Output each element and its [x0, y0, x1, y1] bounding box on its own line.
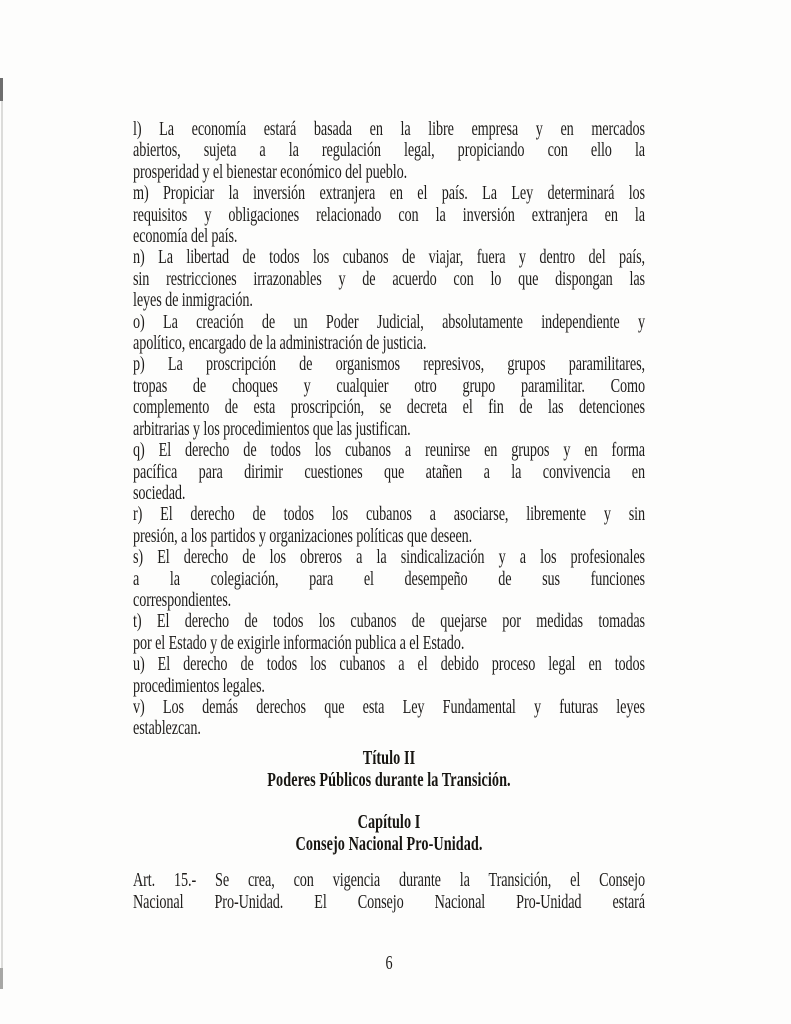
spacer [133, 791, 645, 812]
spacer [133, 855, 645, 870]
text-line: arbitrarias y los procedimientos que las… [133, 419, 645, 440]
text-line: presión, a los partidos y organizaciones… [133, 526, 645, 547]
text-line: r) El derecho de todos los cubanos a aso… [133, 504, 645, 525]
text-line: por el Estado y de exigirle información … [133, 633, 645, 654]
text-line: abiertos, sujeta a la regulación legal, … [133, 140, 645, 161]
text-line: leyes de inmigración. [133, 290, 645, 311]
chapter-heading-text: Consejo Nacional Pro-Unidad. [133, 834, 645, 855]
title-heading-text: Poderes Públicos durante la Transición. [133, 770, 645, 791]
document-page: l) La economía estará basada en la libre… [0, 0, 791, 1024]
text-line: u) El derecho de todos los cubanos a el … [133, 654, 645, 675]
text-line: sin restricciones irrazonables y de acue… [133, 269, 645, 290]
page-number: 6 [133, 953, 645, 974]
text-line: m) Propiciar la inversión extranjera en … [133, 183, 645, 204]
text-line: complemento de esta proscripción, se dec… [133, 397, 645, 418]
chapter-heading-block: Capítulo I Consejo Nacional Pro-Unidad. [133, 812, 645, 855]
text-line: correspondientes. [133, 590, 645, 611]
title-heading-number: Título II [133, 748, 645, 769]
text-line: v) Los demás derechos que esta Ley Funda… [133, 697, 645, 718]
spacer [133, 913, 645, 953]
text-line: n) La libertad de todos los cubanos de v… [133, 247, 645, 268]
article-paragraph: Art. 15.- Se crea, con vigencia durante … [133, 870, 645, 913]
text-line: sociedad. [133, 483, 645, 504]
text-line: s) El derecho de los obreros a la sindic… [133, 547, 645, 568]
text-line: p) La proscripción de organismos represi… [133, 354, 645, 375]
body-text-block: l) La economía estará basada en la libre… [133, 119, 645, 740]
text-line: l) La economía estará basada en la libre… [133, 119, 645, 140]
text-column: l) La economía estará basada en la libre… [133, 119, 645, 975]
text-line: a la colegiación, para el desempeño de s… [133, 569, 645, 590]
title-heading-block: Título II Poderes Públicos durante la Tr… [133, 748, 645, 791]
text-line: tropas de choques y cualquier otro grupo… [133, 376, 645, 397]
text-line: o) La creación de un Poder Judicial, abs… [133, 312, 645, 333]
scan-artifact-tick [0, 968, 3, 989]
text-line: economía del país. [133, 226, 645, 247]
text-line: Nacional Pro-Unidad. El Consejo Nacional… [133, 892, 645, 913]
text-line: q) El derecho de todos los cubanos a reu… [133, 440, 645, 461]
scan-artifact-line [1, 101, 3, 968]
scan-artifact-mark [0, 78, 3, 101]
text-line: pacífica para dirimir cuestiones que ata… [133, 462, 645, 483]
text-line: procedimientos legales. [133, 676, 645, 697]
text-line: prosperidad y el bienestar económico del… [133, 162, 645, 183]
chapter-heading-number: Capítulo I [133, 812, 645, 833]
text-line: Art. 15.- Se crea, con vigencia durante … [133, 870, 645, 891]
text-line: apolítico, encargado de la administració… [133, 333, 645, 354]
text-line: requisitos y obligaciones relacionado co… [133, 205, 645, 226]
text-line: establezcan. [133, 718, 645, 739]
text-line: t) El derecho de todos los cubanos de qu… [133, 611, 645, 632]
